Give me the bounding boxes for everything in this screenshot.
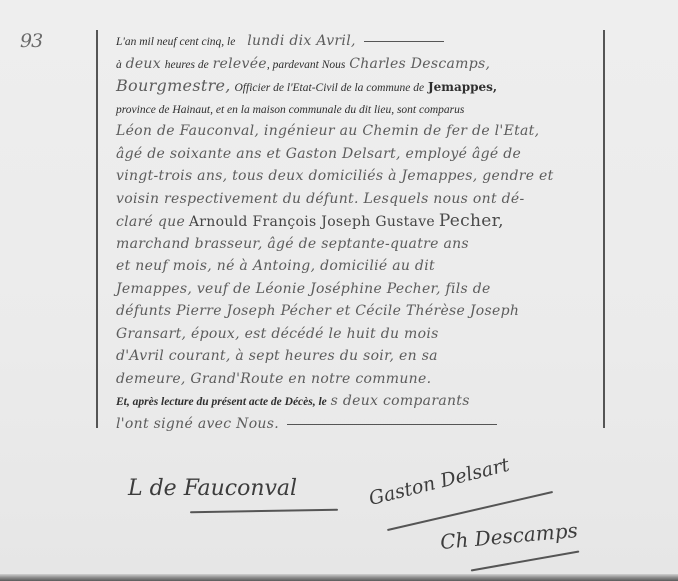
civil-death-record-page: 93 L'an mil neuf cent cinq, le lundi dix… — [0, 0, 678, 581]
line-officer-title: Bourgmestre, Officier de l'Etat-Civil de… — [116, 75, 601, 98]
handwritten-text: et neuf mois, né à Antoing, domicilié au… — [116, 258, 435, 274]
printed-text: L'an mil neuf cent cinq, le — [116, 36, 235, 48]
commune-name: Jemappes, — [428, 80, 497, 94]
printed-text: province de Hainaut, et en la maison com… — [116, 104, 464, 116]
printed-text: heures de — [165, 59, 209, 71]
signature-underline — [471, 550, 580, 571]
left-margin-rule — [96, 30, 98, 428]
printed-text: , pardevant Nous — [267, 59, 345, 71]
handwritten-text: demeure, Grand'Route en notre commune. — [116, 371, 431, 387]
signature-delsart: Gaston Delsart — [367, 454, 512, 510]
act-number: 93 — [20, 30, 42, 52]
line-death-date: Gransart, époux, est décédé le huit du m… — [116, 323, 601, 346]
line-death-time: d'Avril courant, à sept heures du soir, … — [116, 345, 601, 368]
printed-text: à — [116, 59, 122, 71]
right-margin-rule — [603, 30, 605, 428]
officer-name-handwritten: Charles Descamps, — [349, 56, 490, 72]
handwritten-text: claré que — [116, 214, 185, 230]
line-reading: Et, après lecture du présent acte de Déc… — [116, 390, 601, 413]
handwritten-text: s deux comparants — [331, 393, 470, 409]
handwritten-text: Gransart, époux, est décédé le huit du m… — [116, 326, 439, 342]
handwritten-text: l'ont signé avec Nous. — [116, 416, 279, 432]
signature-fauconval: L de Fauconval — [128, 476, 297, 501]
date-handwritten: lundi dix Avril, — [247, 33, 356, 49]
deceased-given-names: Arnould François Joseph Gustave — [189, 214, 435, 230]
printed-text: Et, après lecture du présent acte de Déc… — [116, 396, 327, 408]
line-signed: l'ont signé avec Nous. — [116, 413, 601, 436]
line-date: L'an mil neuf cent cinq, le lundi dix Av… — [116, 30, 601, 53]
signature-underline — [190, 509, 338, 513]
time-of-day-handwritten: relevée — [213, 56, 267, 72]
line-residence: demeure, Grand'Route en notre commune. — [116, 368, 601, 391]
line-parents: défunts Pierre Joseph Pécher et Cécile T… — [116, 300, 601, 323]
line-witness-domicile: vingt-trois ans, tous deux domiciliés à … — [116, 165, 601, 188]
line-occupation: marchand brasseur, âgé de septante-quatr… — [116, 233, 601, 256]
handwritten-text: marchand brasseur, âgé de septante-quatr… — [116, 236, 469, 252]
line-province: province de Hainaut, et en la maison com… — [116, 98, 601, 121]
hour-handwritten: deux — [126, 56, 161, 72]
signature-descamps: Ch Descamps — [439, 518, 578, 554]
handwritten-text: vingt-trois ans, tous deux domiciliés à … — [116, 168, 554, 184]
fill-line — [287, 424, 497, 425]
handwritten-text: d'Avril courant, à sept heures du soir, … — [116, 348, 438, 364]
handwritten-text: Jemappes, veuf de Léonie Joséphine Peche… — [116, 281, 491, 297]
line-relation: voisin respectivement du défunt. Lesquel… — [116, 188, 601, 211]
printed-text: Officier de l'Etat-Civil de la commune d… — [235, 82, 425, 94]
handwritten-text: voisin respectivement du défunt. Lesquel… — [116, 191, 525, 207]
line-spouse: Jemappes, veuf de Léonie Joséphine Peche… — [116, 278, 601, 301]
line-witness-2: âgé de soixante ans et Gaston Delsart, e… — [116, 143, 601, 166]
fill-line — [364, 41, 444, 42]
deceased-surname: Pecher, — [439, 211, 504, 231]
line-birthplace: et neuf mois, né à Antoing, domicilié au… — [116, 255, 601, 278]
line-time-officer: à deux heures de relevée, pardevant Nous… — [116, 53, 601, 76]
handwritten-text: défunts Pierre Joseph Pécher et Cécile T… — [116, 303, 519, 319]
page-bottom-edge — [0, 574, 678, 581]
handwritten-text: Léon de Fauconval, ingénieur au Chemin d… — [116, 123, 539, 139]
line-deceased-name: claré que Arnould François Joseph Gustav… — [116, 210, 601, 233]
officer-title-handwritten: Bourgmestre, — [116, 76, 231, 95]
act-body: L'an mil neuf cent cinq, le lundi dix Av… — [116, 30, 601, 435]
line-witness-1: Léon de Fauconval, ingénieur au Chemin d… — [116, 120, 601, 143]
handwritten-text: âgé de soixante ans et Gaston Delsart, e… — [116, 146, 521, 162]
